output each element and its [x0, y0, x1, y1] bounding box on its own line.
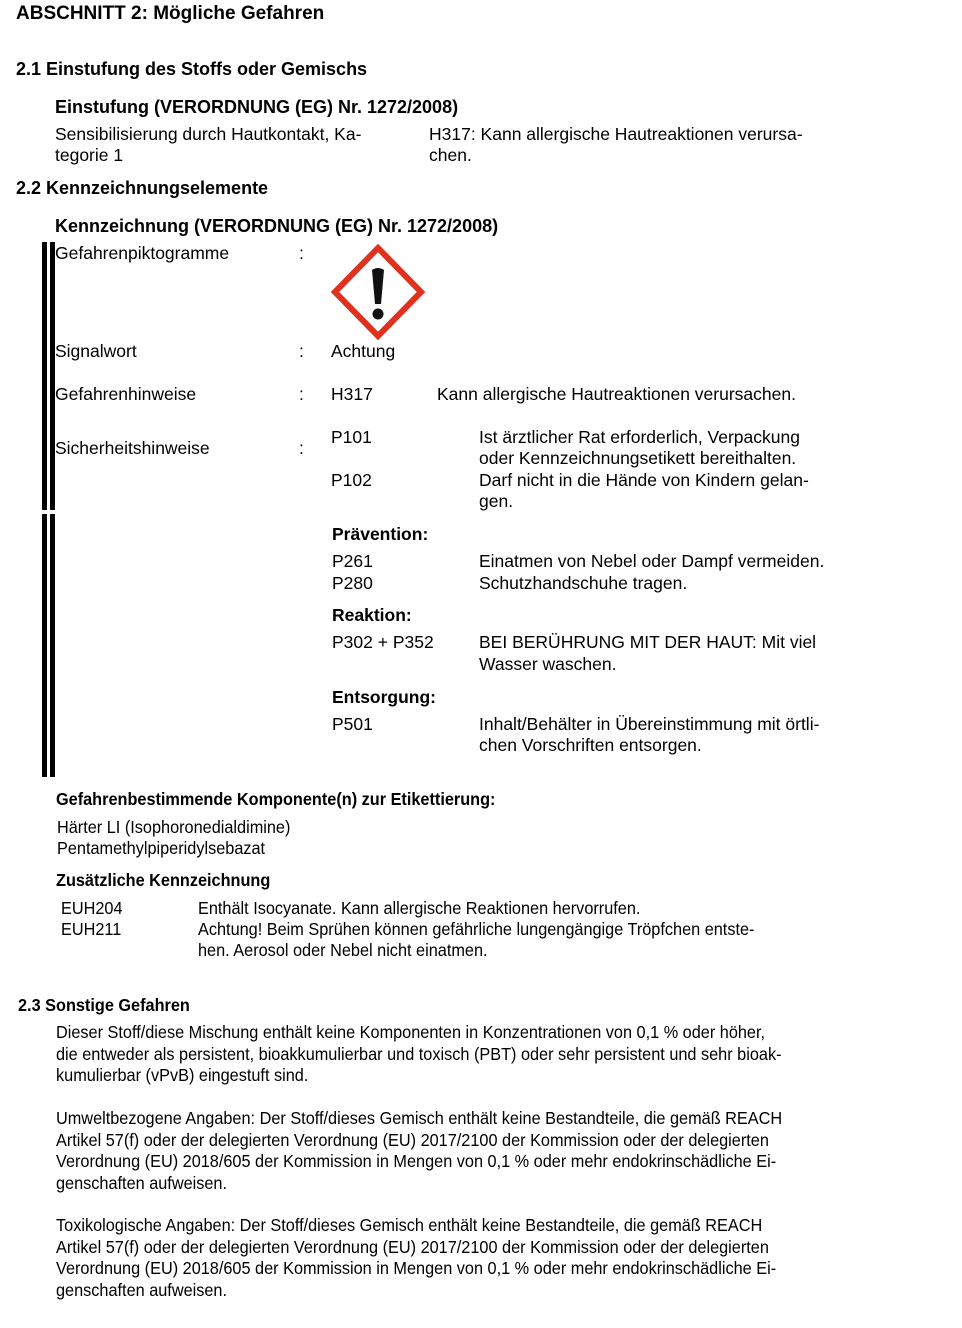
- precaution-text-line2: oder Kennzeichnungsetikett bereithalten.: [479, 448, 796, 469]
- pictogram-label: Gefahrenpiktogramme: [55, 243, 229, 264]
- other-hazards-paragraph: Dieser Stoff/diese Mischung enthält kein…: [56, 1022, 893, 1087]
- reaction-text-line1: BEI BERÜHRUNG MIT DER HAUT: Mit viel: [479, 632, 816, 653]
- revision-bar-left-lower: [42, 514, 47, 777]
- revision-bar-right-lower: [50, 514, 55, 777]
- reaction-heading: Reaktion:: [332, 605, 412, 626]
- euh-code: EUH211: [61, 919, 121, 940]
- signal-word-label: Signalwort: [55, 341, 137, 362]
- colon: :: [299, 384, 304, 405]
- euh-code: EUH204: [61, 898, 123, 919]
- prevention-code: P261: [332, 551, 373, 572]
- euh-text-line2: hen. Aerosol oder Nebel nicht einatmen.: [198, 940, 488, 961]
- precaution-code: P102: [331, 470, 372, 491]
- ghs07-exclamation-mark-icon: [331, 244, 425, 340]
- reaction-code: P302 + P352: [332, 632, 434, 653]
- labelling-subheading: Kennzeichnung (VERORDNUNG (EG) Nr. 1272/…: [55, 216, 498, 237]
- disposal-text-line2: chen Vorschriften entsorgen.: [479, 735, 702, 756]
- signal-word-value: Achtung: [331, 341, 395, 362]
- hazard-text: Kann allergische Hautreaktionen verursac…: [437, 384, 796, 405]
- disposal-code: P501: [332, 714, 373, 735]
- component-item: Pentamethylpiperidylsebazat: [57, 838, 265, 859]
- euh-text-line1: Achtung! Beim Sprühen können gefährliche…: [198, 919, 754, 940]
- additional-labelling-heading: Zusätzliche Kennzeichnung: [56, 870, 270, 891]
- revision-bar-left-upper: [42, 242, 47, 510]
- colon: :: [299, 243, 304, 264]
- prevention-heading: Prävention:: [332, 524, 428, 545]
- precaution-text-line2: gen.: [479, 491, 513, 512]
- precautionary-statements-label: Sicherheitshinweise: [55, 438, 210, 459]
- environmental-info-paragraph: Umweltbezogene Angaben: Der Stoff/dieses…: [56, 1108, 893, 1194]
- disposal-heading: Entsorgung:: [332, 687, 436, 708]
- components-heading: Gefahrenbestimmende Komponente(n) zur Et…: [56, 789, 495, 810]
- precaution-text-line1: Ist ärztlicher Rat erforderlich, Verpack…: [479, 427, 800, 448]
- prevention-text: Einatmen von Nebel oder Dampf vermeiden.: [479, 551, 824, 572]
- revision-bar-right-upper: [50, 242, 55, 510]
- prevention-code: P280: [332, 573, 373, 594]
- heading-2-3: 2.3 Sonstige Gefahren: [18, 995, 190, 1016]
- classification-hazard-line2: chen.: [429, 145, 472, 166]
- classification-subheading: Einstufung (VERORDNUNG (EG) Nr. 1272/200…: [55, 97, 458, 118]
- section-title: ABSCHNITT 2: Mögliche Gefahren: [16, 3, 324, 25]
- colon: :: [299, 341, 304, 362]
- prevention-text: Schutzhandschuhe tragen.: [479, 573, 687, 594]
- classification-text-line1: Sensibilisierung durch Hautkontakt, Ka-: [55, 124, 361, 145]
- heading-2-1: 2.1 Einstufung des Stoffs oder Gemischs: [16, 59, 367, 80]
- euh-text-line1: Enthält Isocyanate. Kann allergische Rea…: [198, 898, 640, 919]
- colon: :: [299, 438, 304, 459]
- precaution-code: P101: [331, 427, 372, 448]
- precaution-text-line1: Darf nicht in die Hände von Kindern gela…: [479, 470, 809, 491]
- classification-hazard-line1: H317: Kann allergische Hautreaktionen ve…: [429, 124, 803, 145]
- disposal-text-line1: Inhalt/Behälter in Übereinstimmung mit ö…: [479, 714, 819, 735]
- component-item: Härter LI (Isophoronedialdimine): [57, 817, 290, 838]
- heading-2-2: 2.2 Kennzeichnungselemente: [16, 178, 268, 199]
- hazard-statements-label: Gefahrenhinweise: [55, 384, 196, 405]
- hazard-code: H317: [331, 384, 373, 405]
- reaction-text-line2: Wasser waschen.: [479, 654, 616, 675]
- toxicological-info-paragraph: Toxikologische Angaben: Der Stoff/dieses…: [56, 1215, 893, 1301]
- classification-text-line2: tegorie 1: [55, 145, 123, 166]
